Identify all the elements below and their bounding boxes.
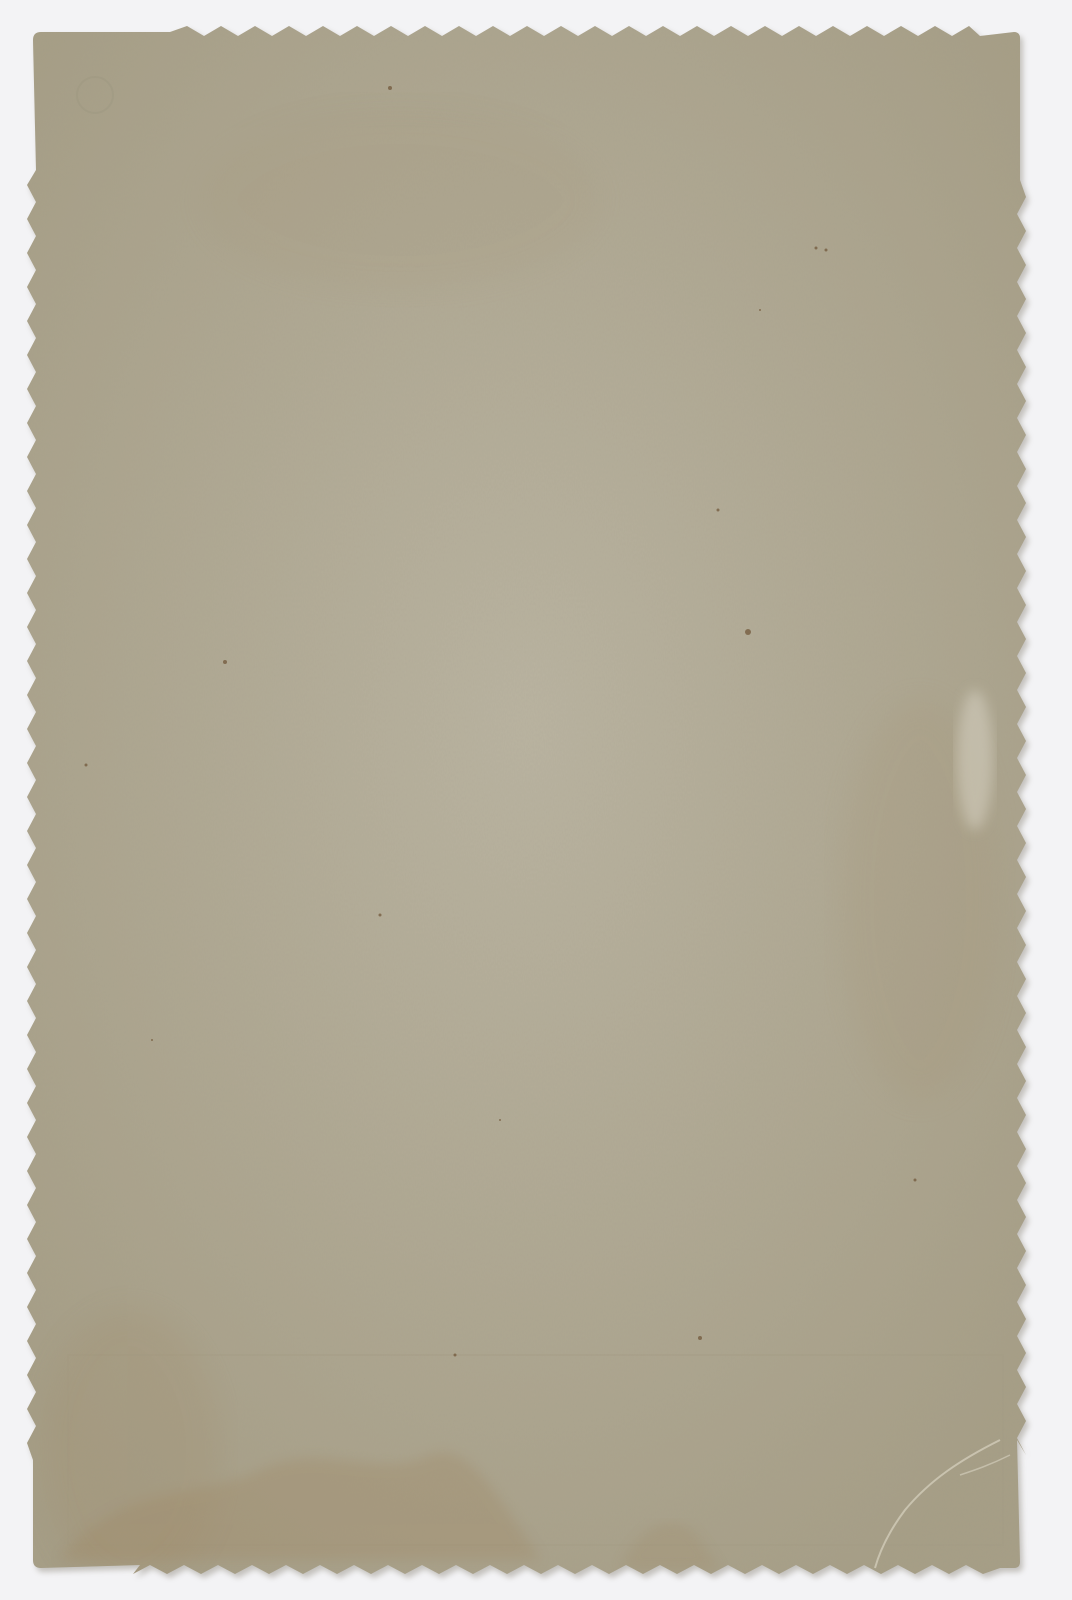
age-discoloration-left: [40, 1310, 220, 1590]
age-discoloration-top: [200, 110, 600, 290]
rubbed-patch: [957, 690, 993, 830]
vintage-card-back: [0, 0, 1072, 1600]
